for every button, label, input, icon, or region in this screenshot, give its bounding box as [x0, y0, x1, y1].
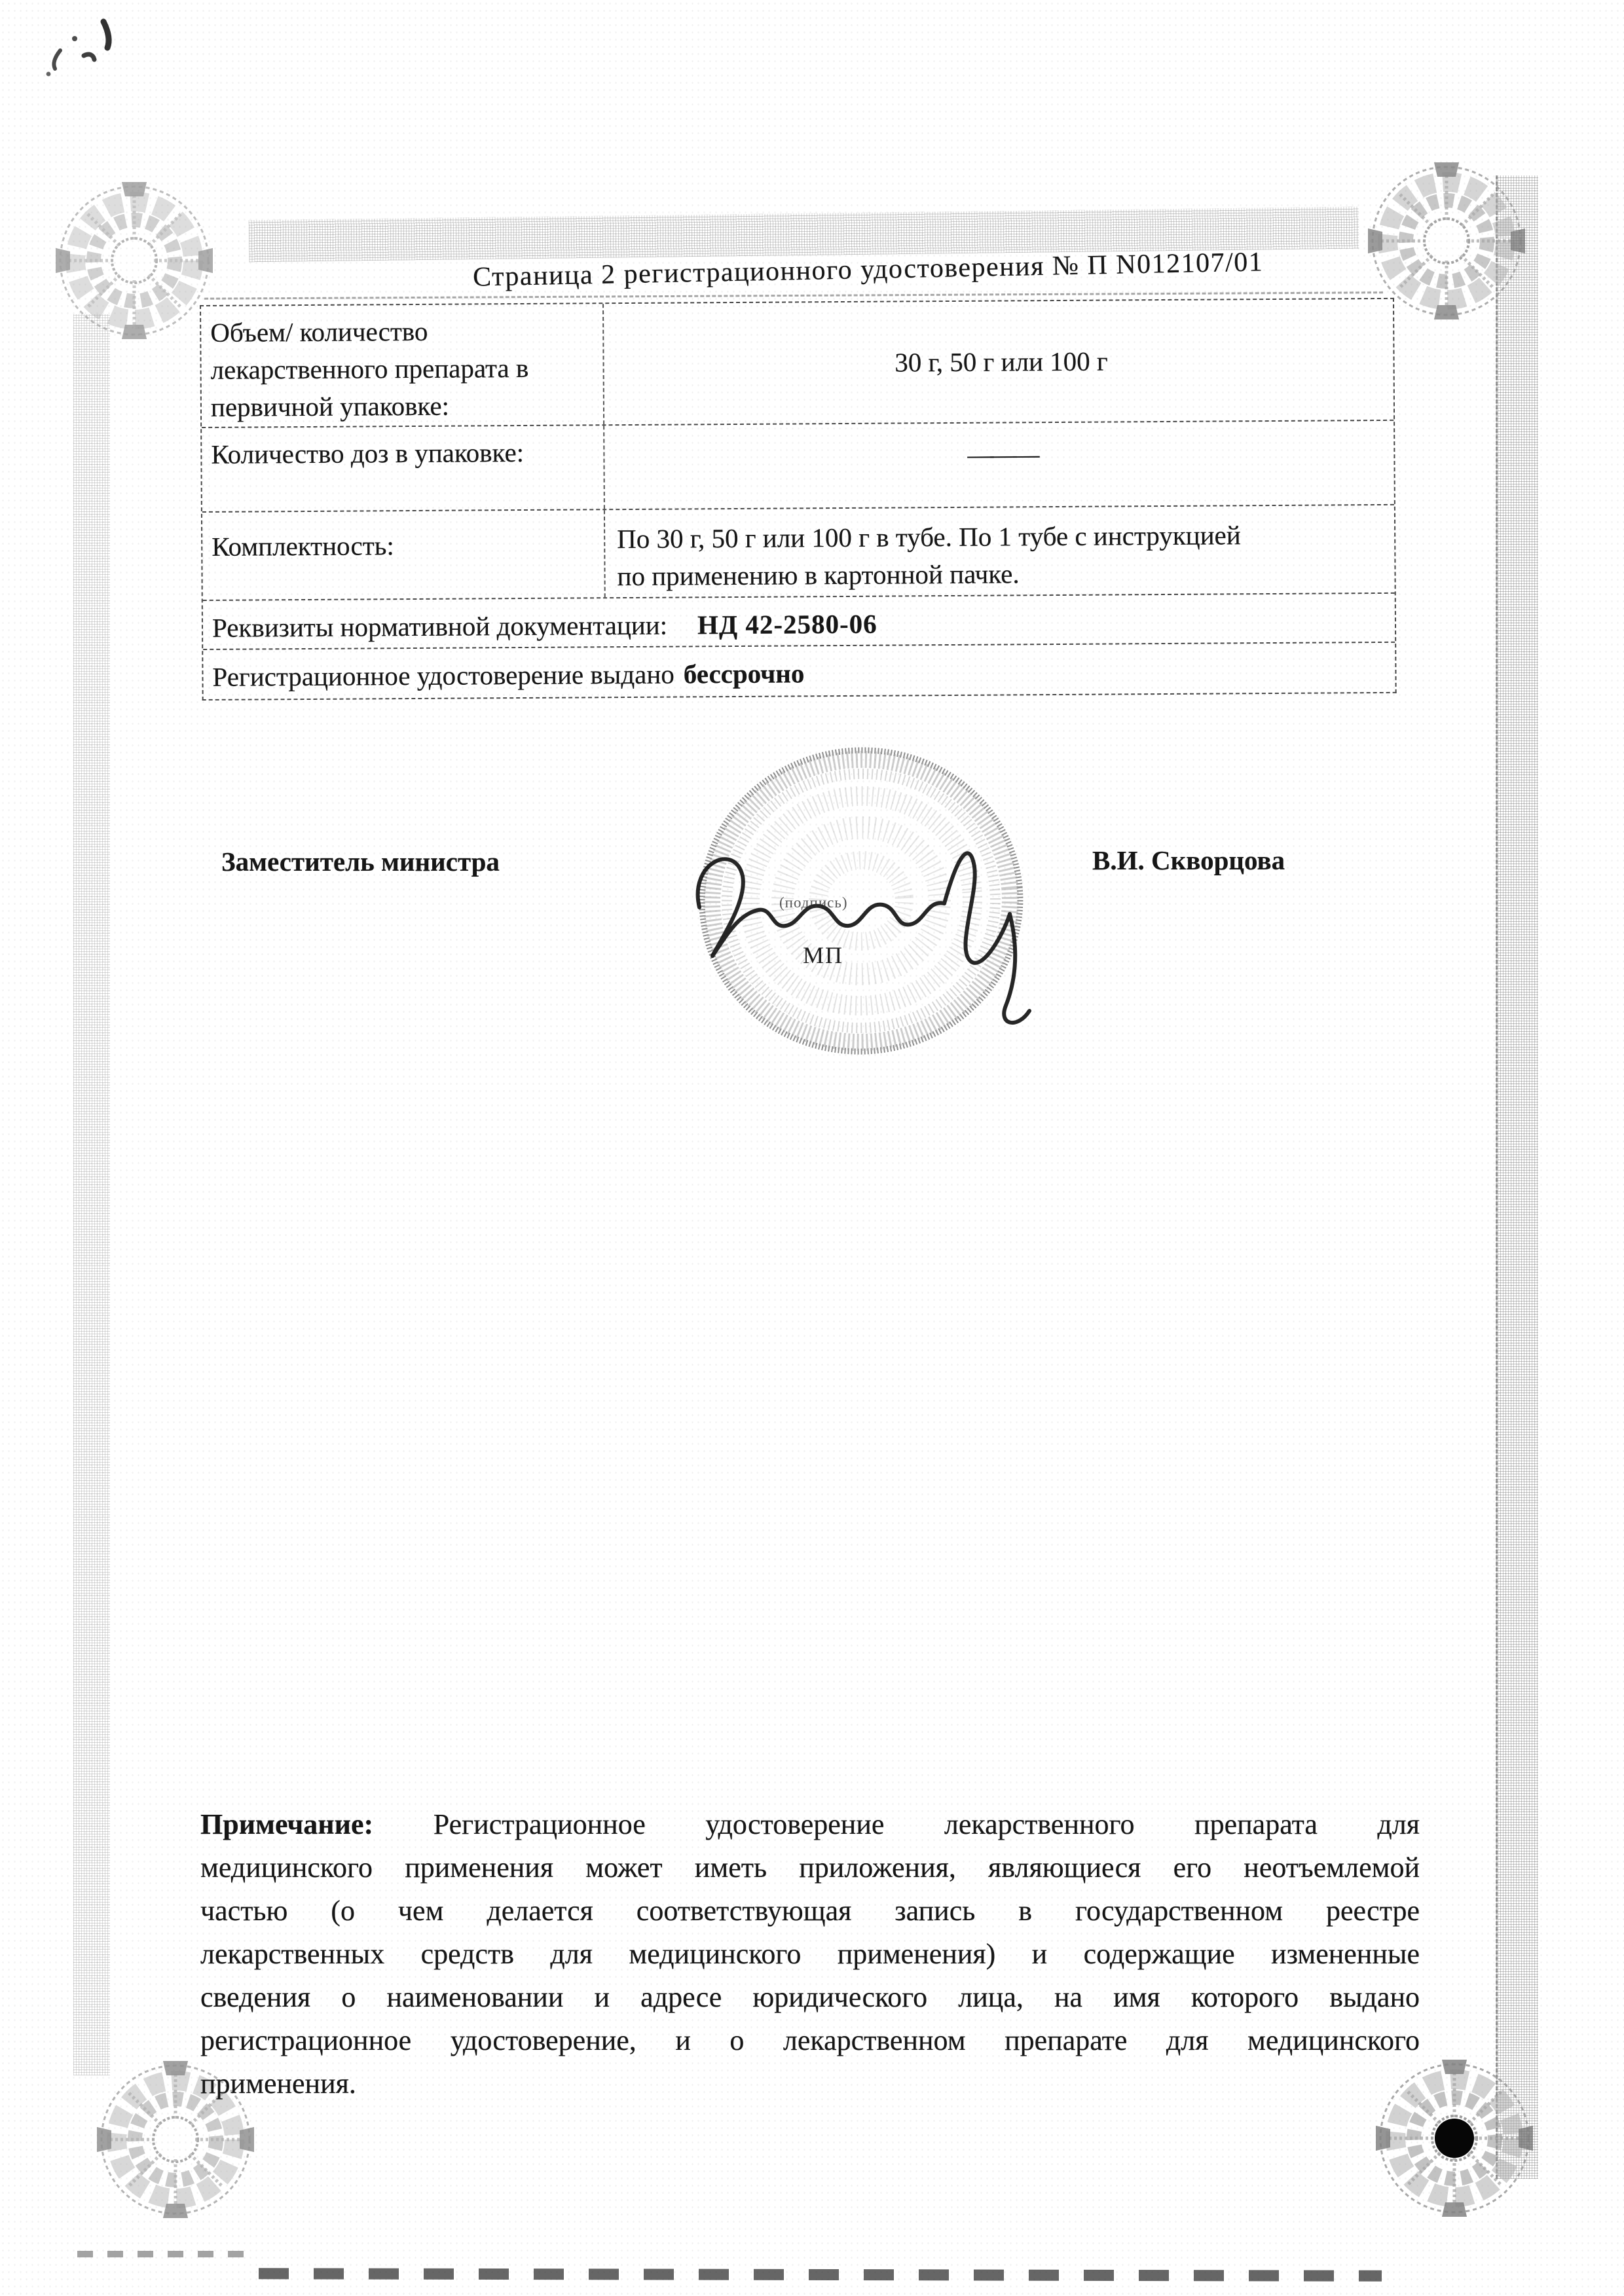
row-completeness-value: По 30 г, 50 г или 100 г в тубе. По 1 туб… [605, 505, 1395, 597]
rosette-top-left-icon [56, 182, 213, 339]
note-line: лекарственных средств для медицинского п… [200, 1933, 1420, 1976]
note-label: Примечание: [200, 1808, 373, 1840]
row-docs-label: Реквизиты нормативной документации: [212, 607, 667, 647]
row-doses-label: Количество доз в упаковке: [202, 426, 605, 511]
signature-caption: (подпись) [779, 894, 847, 911]
border-strip-bottom-left [77, 2251, 254, 2257]
completeness-line-2: по применению в картонной пачке. [617, 553, 1388, 595]
note-paragraph: Примечание: Регистрационное удостоверени… [200, 1803, 1420, 2105]
signatory-name: В.И. Скворцова [1092, 845, 1285, 876]
row-docs-value: НД 42-2580-06 [697, 606, 877, 644]
table-row-validity: Регистрационное удостоверение выдано бес… [203, 643, 1395, 699]
row-validity-value: бессрочно [684, 655, 805, 693]
note-line-text: Регистрационное удостоверение лекарствен… [434, 1808, 1420, 1840]
border-strip-left [73, 314, 110, 2075]
note-line: Примечание: Регистрационное удостоверени… [200, 1803, 1420, 1846]
document-page: Страница 2 регистрационного удостоверени… [0, 0, 1624, 2296]
ink-smudge [26, 10, 151, 88]
deputy-minister-title: Заместитель министра [221, 846, 500, 877]
completeness-line-1: По 30 г, 50 г или 100 г в тубе. По 1 туб… [617, 516, 1388, 558]
table-row-volume: Объем/ количество лекарственного препара… [201, 299, 1393, 428]
row-completeness-label: Комплектность: [202, 510, 606, 600]
dash-value: ——— [967, 435, 1036, 473]
row-volume-label: Объем/ количество лекарственного препара… [201, 304, 604, 427]
note-line: сведения о наименовании и адресе юридиче… [200, 1976, 1420, 2019]
page-title: Страница 2 регистрационного удостоверени… [473, 246, 1264, 293]
table-row-docs: Реквизиты нормативной документации: НД 4… [203, 594, 1395, 650]
signature-scribble [698, 853, 1029, 1023]
row-doses-value: ——— [604, 421, 1394, 509]
note-line: применения. [200, 2062, 1420, 2105]
border-strip-bottom [259, 2268, 1382, 2282]
row-volume-value: 30 г, 50 г или 100 г [604, 299, 1393, 424]
note-line: регистрационное удостоверение, и о лекар… [200, 2019, 1420, 2062]
round-stamp [674, 738, 1080, 1079]
stamp-mp-label: МП [803, 941, 843, 969]
registration-table: Объем/ количество лекарственного препара… [200, 298, 1397, 701]
note-line: медицинского применения может иметь прил… [200, 1846, 1420, 1889]
table-row-completeness: Комплектность: По 30 г, 50 г или 100 г в… [202, 505, 1395, 601]
row-validity-label: Регистрационное удостоверение выдано [212, 656, 674, 696]
note-line: частью (о чем делается соответствующая з… [200, 1889, 1420, 1933]
border-strip-right [1496, 175, 1538, 2179]
table-row-doses: Количество доз в упаковке: ——— [202, 421, 1394, 513]
rosette-top-right-icon [1368, 162, 1525, 319]
